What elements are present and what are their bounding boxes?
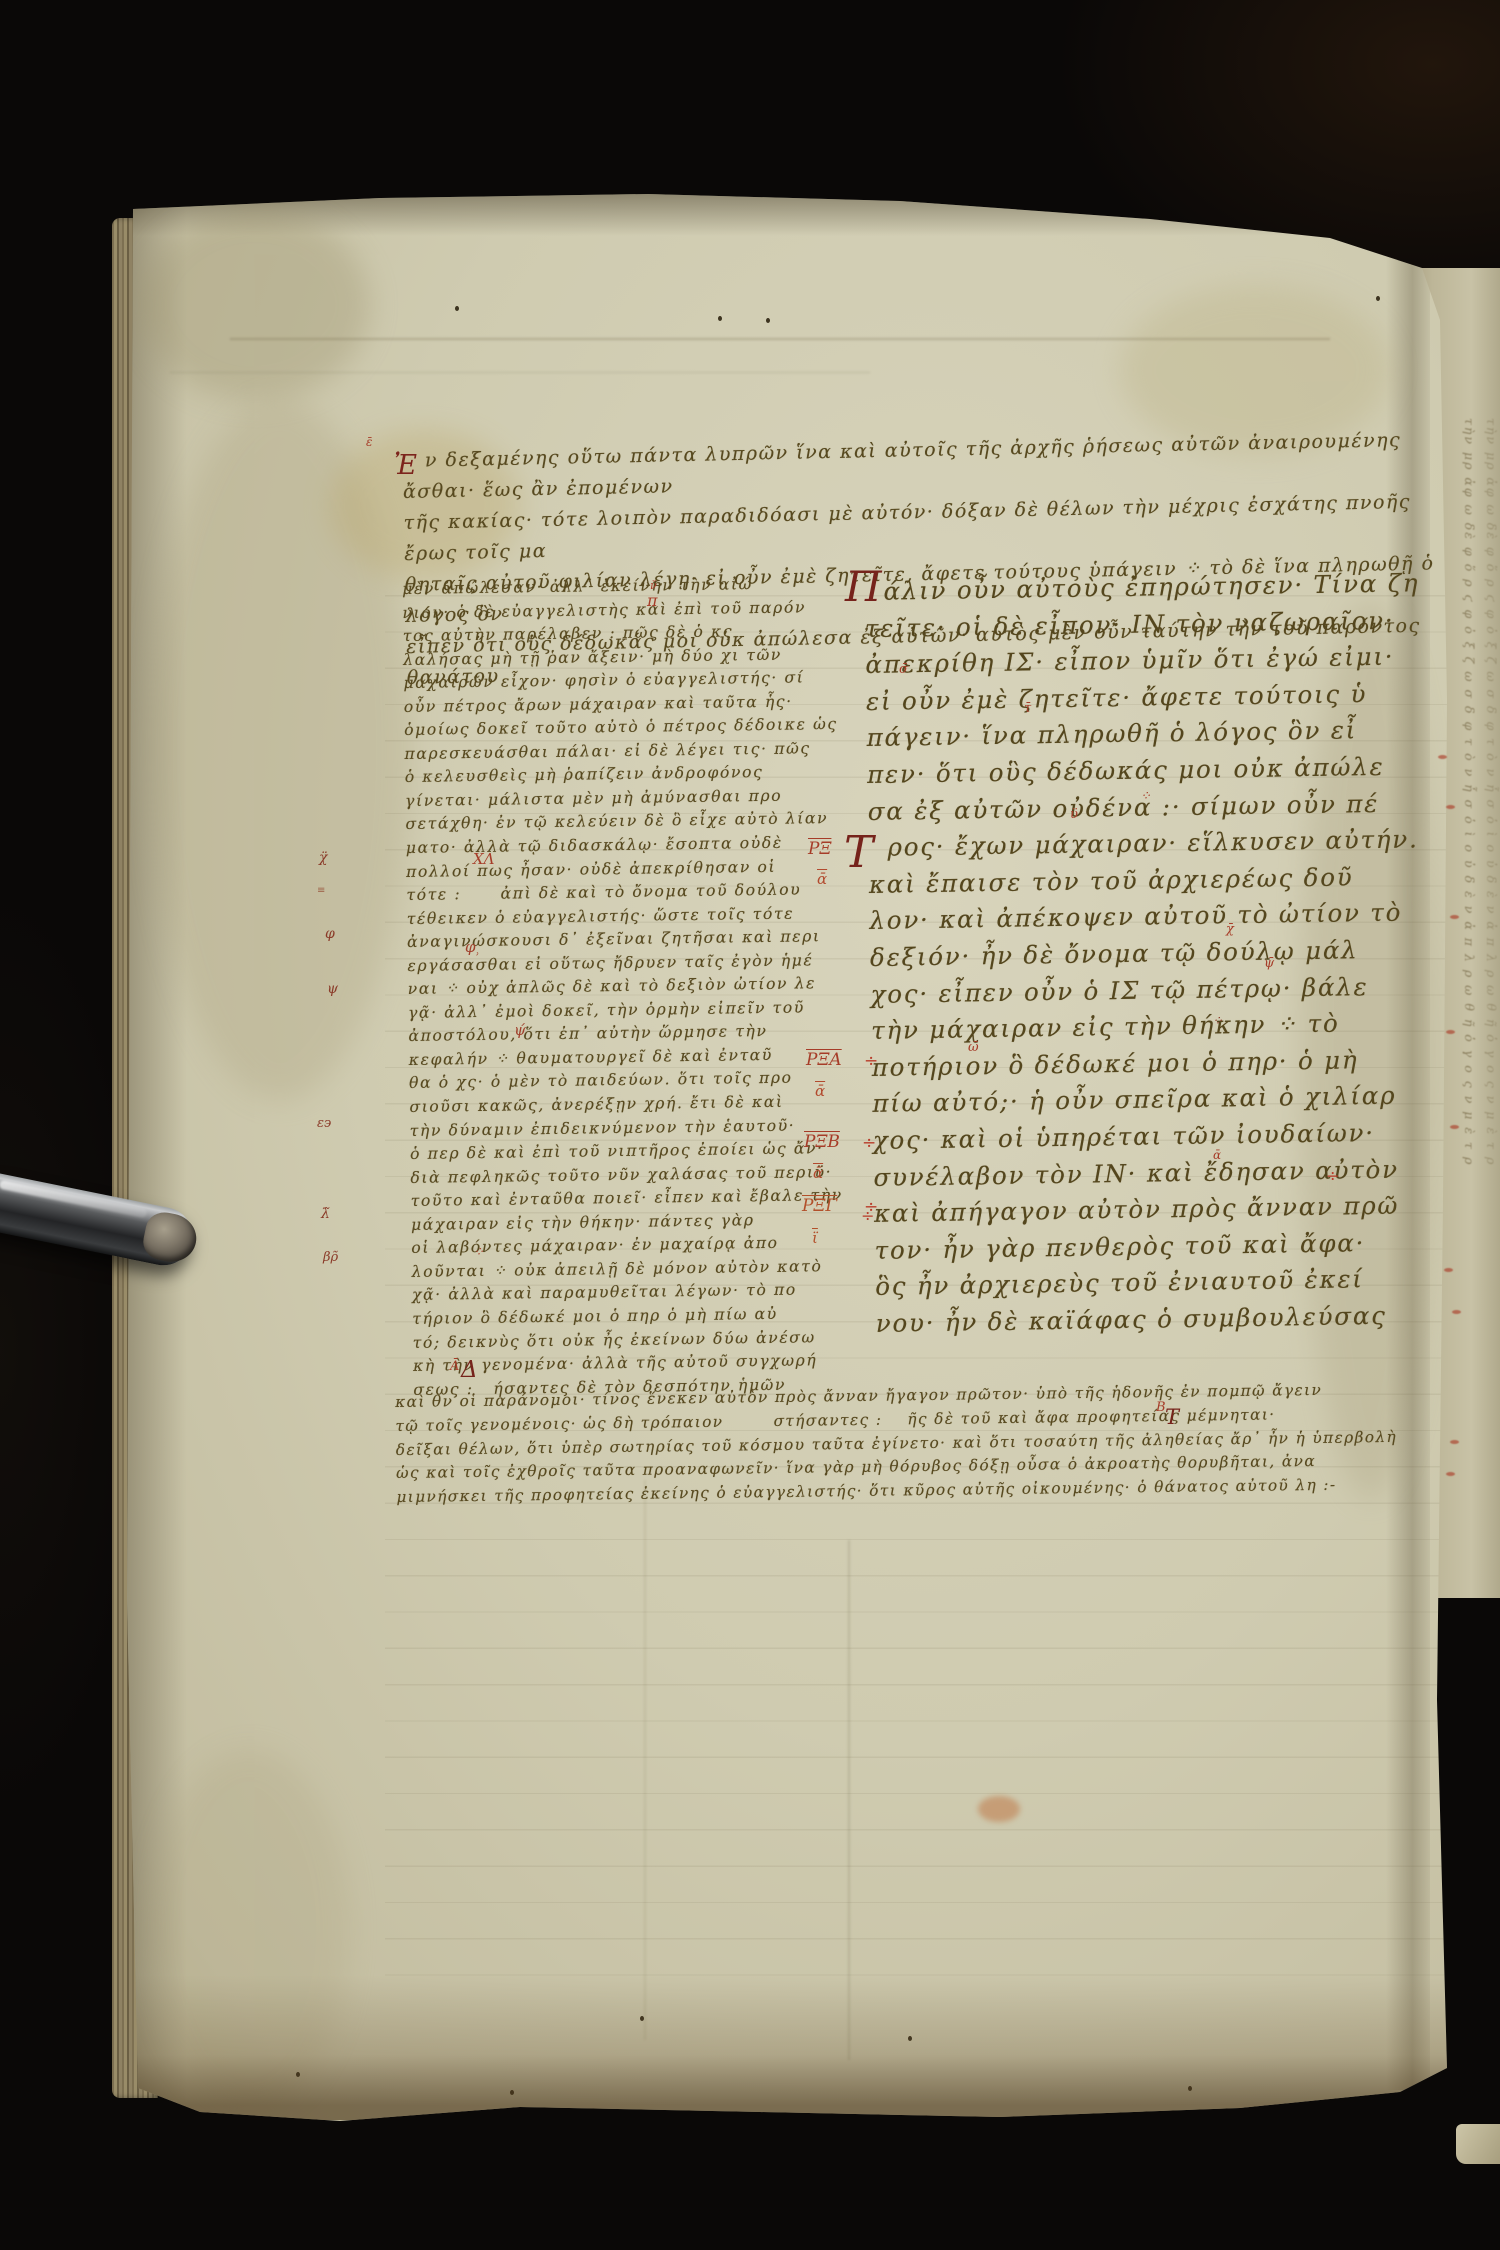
crease-line [170,372,870,373]
red-gloss: φ⸒ [465,940,480,955]
section-number: ΡΞΓ [802,1198,837,1215]
crease-vertical [644,1480,646,2040]
red-gloss: ϋ [1070,808,1078,821]
section-number: ΡΞΑ [806,1052,842,1069]
crease-line [230,338,1330,340]
gospel-text-column: άλιν οὖν αὐτοὺς ἐπηρώτησεν· Τίνα ζη τεῖτ… [864,565,1446,1342]
stain-orange [978,1796,1020,1822]
section-number: ΡΞ [808,841,831,858]
red-gloss: π [647,593,658,609]
bleedthrough-text: τὴν μρ ἀφ ω δὲ φ ὅ ρ ϛ φ ὀ ξ ζ ω σ δ φ τ… [1462,418,1477,1518]
red-gloss: ⁘ [473,1246,484,1259]
fore-edge-red-speck [1450,1125,1459,1129]
ink-speck [718,316,722,321]
ink-speck [455,306,459,311]
ink-speck [766,318,770,323]
canon-number: ϊ [812,1231,818,1246]
ink-speck [874,2130,878,2135]
canon-number: ᾱ [813,1166,823,1181]
canon-number: ᾱ [817,872,827,887]
initial-tau-small: Τ [1165,1407,1179,1428]
margin-sign: λ̃ [321,1207,330,1221]
section-number: ΡΞΒ [804,1134,840,1151]
fore-edge-red-speck [1452,1310,1461,1314]
margin-sign: ≡ [317,886,325,896]
initial-pi: Π [845,566,882,608]
ink-speck [1376,296,1380,301]
red-letter: Ᾱ [450,1360,459,1373]
red-gloss: ω̄ [968,1041,979,1054]
margin-sign: ε϶ [317,1117,331,1130]
initial-epsilon: Ἐ [394,452,417,479]
red-gloss: ⁘ [1140,790,1151,803]
fore-edge-red-speck [1438,755,1447,759]
fore-edge-red-speck [1446,1030,1455,1034]
red-gloss: χ̄ [1226,923,1234,936]
bottom-commentary-block: καὶ θν οἱ παράνομοι· τίνος ἕνεκεν αὐτὸν … [395,1377,1471,1510]
page-bottom-browning [127,1975,1447,2120]
margin-sign: ψ [327,982,338,996]
obelus: ÷ [861,1208,874,1224]
fore-edge-red-speck [1450,1440,1459,1444]
fore-edge-red-speck [1446,805,1455,809]
red-gloss: ψ́ [514,1023,526,1038]
fore-edge-red-speck [1444,1268,1453,1272]
red-gloss: σ̄ [899,663,908,676]
margin-sign: φ [325,927,335,941]
parchment-page: ν δεξαμένης οὕτω πάντα λυπρῶν ἵνα καὶ αὐ… [0,0,1500,2250]
margin-letter: ε̄ [366,436,372,448]
obelus: ÷ [862,1135,876,1152]
red-gloss: ᾱ [1213,1149,1221,1161]
red-gloss: ν̆ [650,580,657,591]
initial-delta: Δ [461,1359,478,1382]
bleedthrough-text-faint: τὴν μρ ἀφ ω δὲ φ ὅ ρ ϛ φ ὀ ξ ζ ω σ δ φ τ… [1484,418,1499,1518]
obelus: ÷ [864,1053,878,1070]
margin-sign: βρ̃ [323,1251,338,1264]
red-gloss: τ̄ [1024,702,1031,715]
initial-tau: Τ [844,831,873,875]
commentary-column: μὲν ἀπώλεσαν· ἀλλ᾽ ἐκείνην τὴν αἰώ νιον·… [402,572,853,1402]
margin-sign: χ̈ [319,851,327,865]
canon-number: ᾱ [815,1084,825,1099]
fore-edge-red-speck [1450,915,1459,919]
red-gloss: ψ̄ [1264,957,1274,970]
red-gloss: ⁘ [1212,1015,1223,1028]
manuscript-photo: τὴν μρ ἀφ ω δὲ φ ὅ ρ ϛ φ ὀ ξ ζ ω σ δ φ τ… [0,0,1500,2250]
obelus: ÷ [1326,1168,1339,1184]
fore-edge-red-speck [1446,1472,1455,1476]
red-gloss: ΧΛ [473,852,495,867]
corner-leaf-fragment [1456,2124,1500,2164]
